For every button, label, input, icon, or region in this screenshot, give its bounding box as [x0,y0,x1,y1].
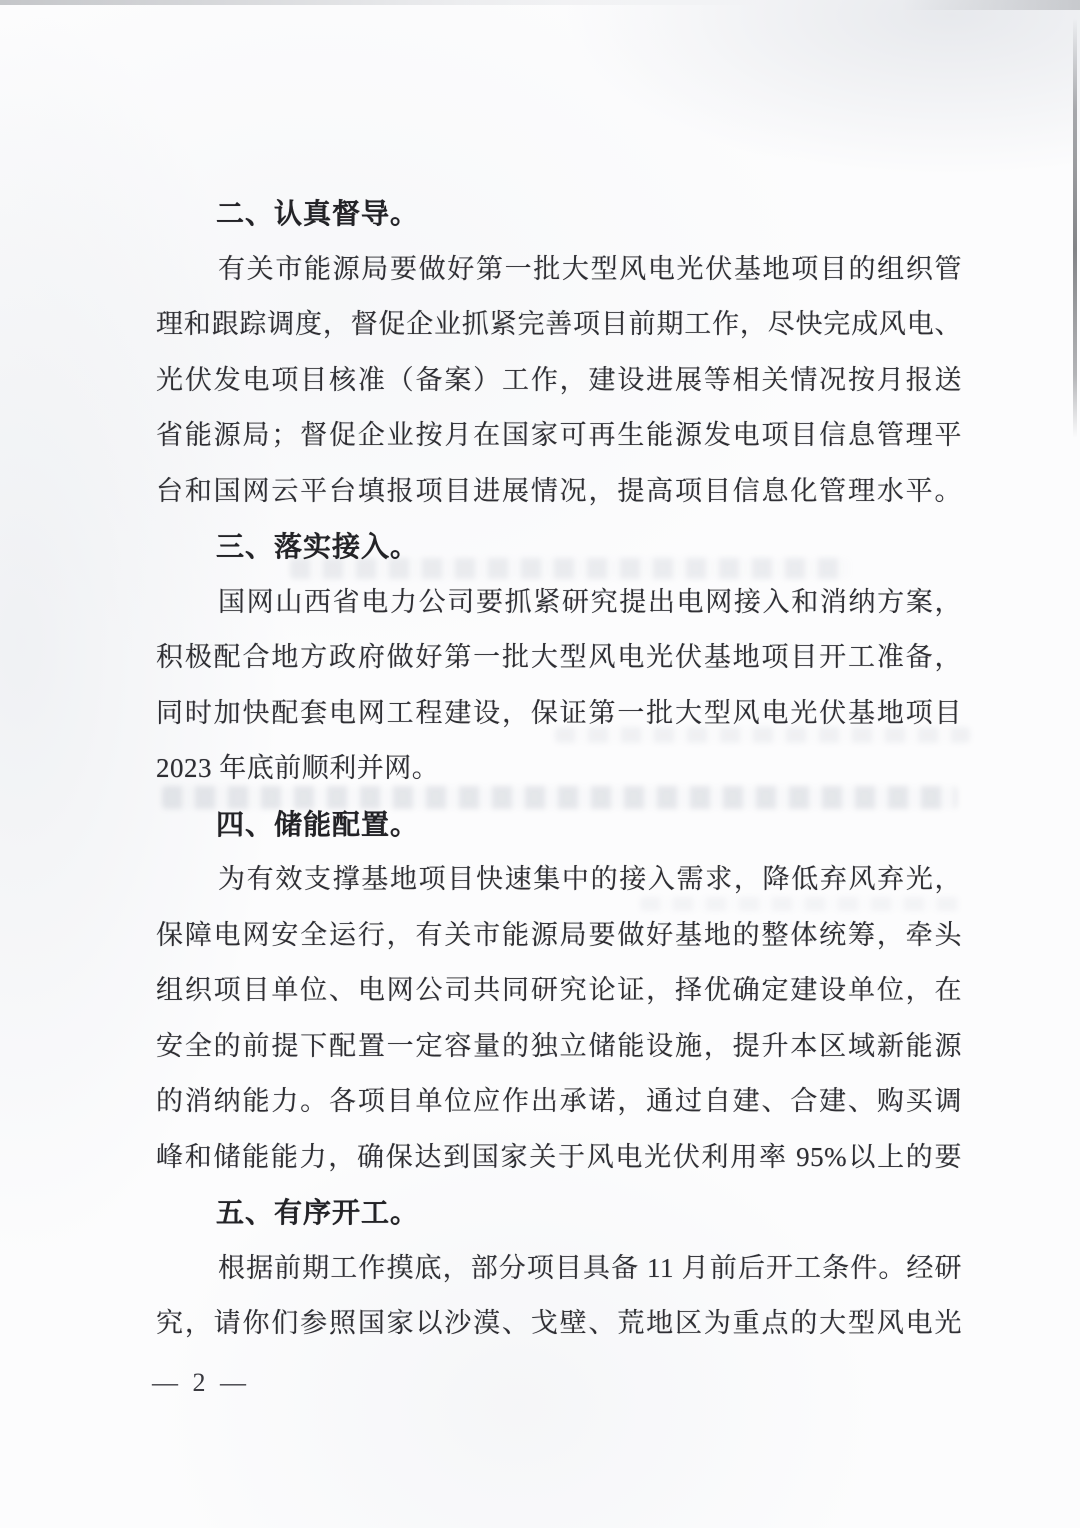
paragraph-line: 有关市能源局要做好第一批大型风电光伏基地项目的组织管 [156,242,962,298]
paragraph-line: 同时加快配套电网工程建设，保证第一批大型风电光伏基地项目 [156,686,962,742]
paragraph-line: 台和国网云平台填报项目进展情况，提高项目信息化管理水平。 [156,464,962,520]
scan-edge-top [0,0,760,5]
paragraph-line: 国网山西省电力公司要抓紧研究提出电网接入和消纳方案， [156,575,962,631]
paragraph-line: 峰和储能能力，确保达到国家关于风电光伏利用率 95%以上的要求。 [156,1130,962,1186]
paragraph-line: 究，请你们参照国家以沙漠、戈壁、荒地区为重点的大型风电光 [156,1296,962,1352]
paragraph-line: 理和跟踪调度，督促企业抓紧完善项目前期工作，尽快完成风电、 [156,297,962,353]
section-heading-2: 二、认真督导。 [156,186,962,242]
paragraph-line: 的消纳能力。各项目单位应作出承诺，通过自建、合建、购买调 [156,1074,962,1130]
paragraph-line: 2023 年底前顺利并网。 [156,741,962,797]
paragraph-line: 积极配合地方政府做好第一批大型风电光伏基地项目开工准备， [156,630,962,686]
scanned-document-page: 二、认真督导。 有关市能源局要做好第一批大型风电光伏基地项目的组织管 理和跟踪调… [0,0,1080,1528]
paragraph-line: 光伏发电项目核准（备案）工作，建设进展等相关情况按月报送 [156,353,962,409]
section-heading-4: 四、储能配置。 [156,797,962,853]
section-heading-5: 五、有序开工。 [156,1185,962,1241]
paragraph-line: 省能源局；督促企业按月在国家可再生能源发电项目信息管理平 [156,408,962,464]
paragraph-line: 安全的前提下配置一定容量的独立储能设施，提升本区域新能源 [156,1019,962,1075]
scan-edge-top-right [870,0,1080,10]
paragraph-line: 保障电网安全运行，有关市能源局要做好基地的整体统筹，牵头 [156,908,962,964]
section-heading-3: 三、落实接入。 [156,519,962,575]
document-body: 二、认真督导。 有关市能源局要做好第一批大型风电光伏基地项目的组织管 理和跟踪调… [156,186,962,1352]
scan-edge-right-line [1073,18,1077,438]
page-number: — 2 — [152,1368,250,1398]
paragraph-line: 组织项目单位、电网公司共同研究论证，择优确定建设单位，在 [156,963,962,1019]
paragraph-line: 根据前期工作摸底，部分项目具备 11 月前后开工条件。经研 [156,1241,962,1297]
paragraph-line: 为有效支撑基地项目快速集中的接入需求，降低弃风弃光， [156,852,962,908]
